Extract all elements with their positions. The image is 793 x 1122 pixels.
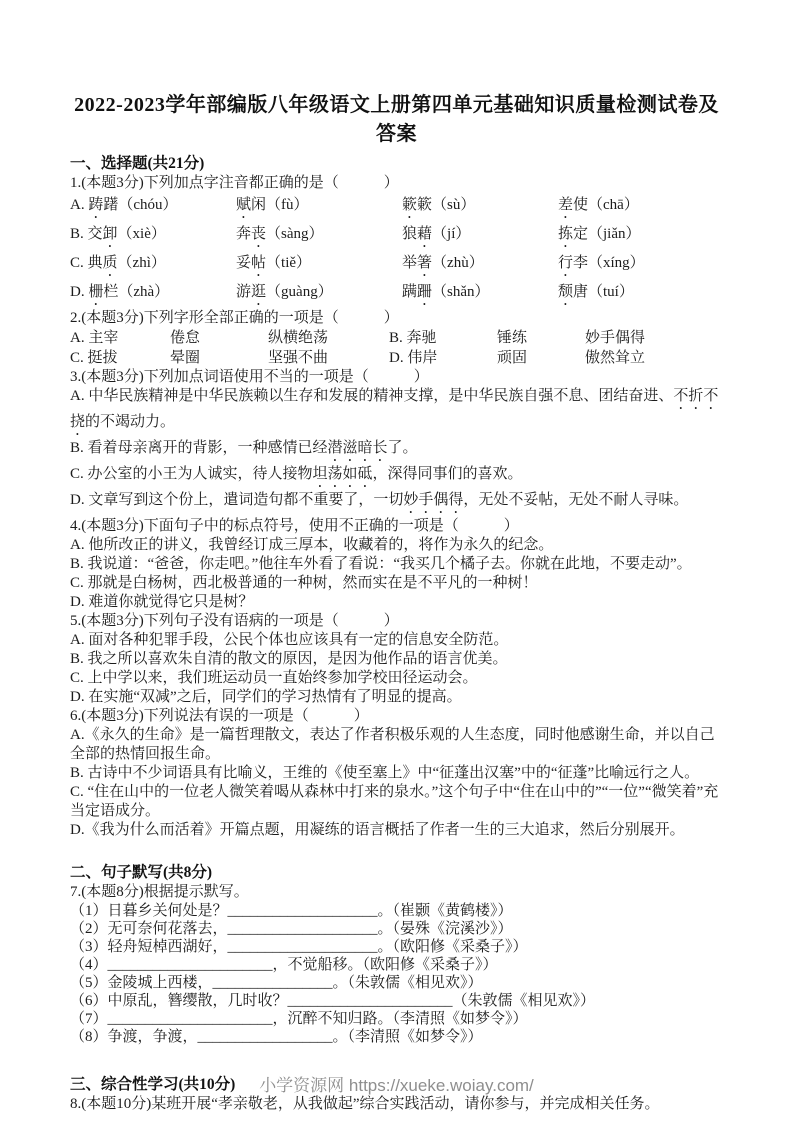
q7-item-7: （7）______________________，沉醉不知归路。（李清照《如梦… — [70, 1010, 723, 1028]
q4-option-c: C. 那就是白杨树，西北极普通的一种树，然而实在是不平凡的一种树！ — [70, 574, 723, 593]
section-2-heading: 二、句子默写(共8分) — [70, 862, 723, 883]
emphasized-char: 逛 — [251, 284, 266, 300]
q4-option-d: D. 难道你就觉得它只是树？ — [70, 593, 723, 612]
emphasized-char: 帖 — [251, 255, 266, 271]
watermark-footer: 小学资源网 https://xueke.woiay.com/ — [0, 1071, 793, 1096]
q2-word: 傲然耸立 — [585, 348, 723, 368]
text-segment: 的不竭动力。 — [85, 414, 175, 430]
q1-option-c1: C. 典质（zhì） — [70, 251, 236, 280]
q1-option-row-b: B. 交卸（xiè） 奔丧（sàng） 狼藉（jí） 拣定（jiǎn） — [70, 222, 723, 251]
text-segment: B. 看着母亲离开的背影，一种感情已经 — [70, 440, 328, 456]
q2-word: B. 奔驰 — [389, 328, 497, 348]
q2-word: 顽固 — [497, 348, 585, 368]
q5-option-a: A. 面对各种犯罪手段，公民个体也应该具有一定的信息安全防范。 — [70, 631, 723, 650]
q1-option-b2: 奔丧（sàng） — [236, 222, 402, 251]
q6-stem: 6.(本题3分)下列说法有误的一项是（ ） — [70, 707, 723, 726]
q1-option-a1: A. 踌躇（chóu） — [70, 193, 236, 222]
q4-stem: 4.(本题3分)下面句子中的标点符号，使用不正确的一项是（ ） — [70, 517, 723, 536]
q1-option-b4: 拣定（jiǎn） — [558, 222, 723, 251]
q7-item-3: （3）轻舟短棹西湖好，____________________。（欧阳修《采桑子… — [70, 938, 723, 956]
q5-option-b: B. 我之所以喜欢朱自清的散文的原因，是因为他作品的语言优美。 — [70, 650, 723, 669]
q2-word: D. 伟岸 — [389, 348, 497, 368]
q1-option-d2: 游逛（guàng） — [236, 280, 402, 309]
text-segment: ，无处不妥帖，无处不耐人寻味。 — [463, 492, 688, 508]
text-segment: 栏（zhà） — [103, 284, 169, 300]
q6-option-c: C. “住在山中的一位老人微笑着喝从森林中打来的泉水。”这个句子中“住在山中的”… — [70, 783, 723, 821]
text-segment: （jí） — [432, 226, 470, 242]
emphasized-word: 坦荡如砥 — [313, 466, 373, 482]
q5-option-c: C. 上中学以来，我们班运动员一直始终参加学校田径运动会。 — [70, 669, 723, 688]
q1-option-c3: 举箸（zhù） — [402, 251, 558, 280]
text-segment: 奔 — [236, 226, 251, 242]
q7-item-6: （6）中原乱，簪缨散，几时收？______________________（朱敦… — [70, 992, 723, 1010]
emphasized-char: 差 — [558, 197, 573, 213]
emphasized-char: 踌 — [88, 197, 103, 213]
text-segment: 举 — [402, 255, 417, 271]
text-segment: （sàng） — [266, 226, 324, 242]
text-segment: D. — [70, 284, 88, 300]
q7-stem: 7.(本题8分)根据提示默写。 — [70, 883, 723, 902]
text-segment: （zhù） — [432, 255, 484, 271]
q5-option-d: D. 在实施“双减”之后，同学们的学习热情有了明显的提高。 — [70, 688, 723, 707]
text-segment: 游 — [236, 284, 251, 300]
text-segment: A. 中华民族精神是中华民族赖以生存和发展的精神支撑，是中华民族自强不息、团结奋… — [70, 388, 673, 404]
text-segment: 李（xíng） — [573, 255, 645, 271]
text-segment: （guàng） — [266, 284, 333, 300]
q2-word: 坚强不曲 — [268, 348, 389, 368]
q1-option-row-c: C. 典质（zhì） 妥帖（tiě） 举箸（zhù） 行李（xíng） — [70, 251, 723, 280]
text-segment: A. — [70, 197, 88, 213]
q7-item-1: （1）日暮乡关何处是？____________________。（崔颢《黄鹤楼》… — [70, 902, 723, 920]
emphasized-char: 丧 — [251, 226, 266, 242]
q1-option-d3: 蹒跚（shǎn） — [402, 280, 558, 309]
q1-option-b1: B. 交卸（xiè） — [70, 222, 236, 251]
q1-option-a3: 簌簌（sù） — [402, 193, 558, 222]
q8-stem: 8.(本题10分)某班开展“孝亲敬老，从我做起”综合实践活动，请你参与，并完成相… — [70, 1095, 723, 1114]
q1-option-c4: 行李（xíng） — [558, 251, 723, 280]
q6-option-b: B. 古诗中不少词语具有比喻义，王维的《使至塞上》中“征蓬出汉塞”中的“征蓬”比… — [70, 764, 723, 783]
text-segment: 狼 — [402, 226, 417, 242]
q1-option-row-a: A. 踌躇（chóu） 赋闲（fù） 簌簌（sù） 差使（chā） — [70, 193, 723, 222]
q4-option-a: A. 他所改正的讲义，我曾经订成三厚本，收藏着的，将作为永久的纪念。 — [70, 536, 723, 555]
text-segment: 唐（tuí） — [573, 284, 634, 300]
emphasized-char: 行 — [558, 255, 573, 271]
text-segment: C. 典 — [70, 255, 103, 271]
emphasized-char: 藉 — [417, 226, 432, 242]
q6-option-a: A.《永久的生命》是一篇哲理散文，表达了作者积极乐观的人生态度，同时他感谢生命，… — [70, 726, 723, 764]
text-segment: 定（jiǎn） — [573, 226, 641, 242]
q3-option-b: B. 看着母亲离开的背影，一种感情已经潜滋暗长了。 — [70, 439, 723, 465]
emphasized-char: 箸 — [417, 255, 432, 271]
text-segment: 躇（chóu） — [103, 197, 177, 213]
q7-item-8: （8）争渡，争渡，__________________。（李清照《如梦令》） — [70, 1028, 723, 1046]
q2-word: C. 挺拔 — [70, 348, 170, 368]
text-segment: （xiè） — [118, 226, 166, 242]
q7-item-2: （2）无可奈何花落去，____________________。（晏殊《浣溪沙》… — [70, 920, 723, 938]
q7-item-4: （4）______________________，不觉船移。（欧阳修《采桑子》… — [70, 956, 723, 974]
q1-option-d1: D. 栅栏（zhà） — [70, 280, 236, 309]
text-segment: 闲（fù） — [251, 197, 309, 213]
emphasized-char: 簌 — [402, 197, 417, 213]
emphasized-char: 质 — [103, 255, 118, 271]
text-segment: 簌（sù） — [417, 197, 475, 213]
q2-word: 晕圈 — [170, 348, 268, 368]
q4-option-b: B. 我说道：“爸爸，你走吧。”他往车外看了看说：“我买几个橘子去。你就在此地，… — [70, 555, 723, 574]
emphasized-char: 拣 — [558, 226, 573, 242]
q1-option-c2: 妥帖（tiě） — [236, 251, 402, 280]
text-segment: 蹒 — [402, 284, 417, 300]
q1-option-d4: 颓唐（tuí） — [558, 280, 723, 309]
q7-item-5: （5）金陵城上西楼，________________。（朱敦儒《相见欢》） — [70, 974, 723, 992]
text-segment: B. 交 — [70, 226, 103, 242]
emphasized-char: 跚 — [417, 284, 432, 300]
text-segment: （tiě） — [266, 255, 311, 271]
section-1-heading: 一、选择题(共21分) — [70, 153, 723, 174]
q2-word: 倦怠 — [170, 328, 268, 348]
emphasized-word: 潜滋暗长 — [328, 440, 388, 456]
q2-option-row-cd: C. 挺拔 晕圈 坚强不曲 D. 伟岸 顽固 傲然耸立 — [70, 348, 723, 368]
emphasized-char: 颓 — [558, 284, 573, 300]
q2-word: 纵横绝荡 — [268, 328, 389, 348]
text-segment: 妥 — [236, 255, 251, 271]
q1-option-row-d: D. 栅栏（zhà） 游逛（guàng） 蹒跚（shǎn） 颓唐（tuí） — [70, 280, 723, 309]
q3-stem: 3.(本题3分)下列加点词语使用不当的一项是（ ） — [70, 368, 723, 387]
q1-option-a2: 赋闲（fù） — [236, 193, 402, 222]
text-segment: （zhì） — [118, 255, 166, 271]
text-segment: C. 办公室的小王为人诚实，待人接物 — [70, 466, 313, 482]
q6-option-d: D.《我为什么而活着》开篇点题，用凝练的语言概括了作者一生的三大追求，然后分别展… — [70, 821, 723, 840]
q2-option-row-ab: A. 主宰 倦怠 纵横绝荡 B. 奔驰 锤练 妙手偶得 — [70, 328, 723, 348]
q2-word: 妙手偶得 — [585, 328, 723, 348]
q1-option-b3: 狼藉（jí） — [402, 222, 558, 251]
page-title: 2022-2023学年部编版八年级语文上册第四单元基础知识质量检测试卷及答案 — [70, 91, 723, 149]
emphasized-char: 栅 — [88, 284, 103, 300]
emphasized-char: 赋 — [236, 197, 251, 213]
text-segment: 使（chā） — [573, 197, 639, 213]
emphasized-char: 卸 — [103, 226, 118, 242]
q1-stem: 1.(本题3分)下列加点字注音都正确的是（ ） — [70, 174, 723, 193]
q3-option-c: C. 办公室的小王为人诚实，待人接物坦荡如砥，深得同事们的喜欢。 — [70, 465, 723, 491]
q1-option-a4: 差使（chā） — [558, 193, 723, 222]
text-segment: 了。 — [388, 440, 418, 456]
text-segment: ，深得同事们的喜欢。 — [373, 466, 523, 482]
q5-stem: 5.(本题3分)下列句子没有语病的一项是（ ） — [70, 612, 723, 631]
exam-paper: 2022-2023学年部编版八年级语文上册第四单元基础知识质量检测试卷及答案 一… — [0, 0, 793, 1114]
q3-option-a: A. 中华民族精神是中华民族赖以生存和发展的精神支撑，是中华民族自强不息、团结奋… — [70, 387, 723, 439]
q2-word: A. 主宰 — [70, 328, 170, 348]
q2-stem: 2.(本题3分)下列字形全部正确的一项是（ ） — [70, 309, 723, 328]
q2-word: 锤练 — [497, 328, 585, 348]
text-segment: D. 文章写到这个份上，遣词造句都不重要了，一切 — [70, 492, 403, 508]
q3-option-d: D. 文章写到这个份上，遣词造句都不重要了，一切妙手偶得，无处不妥帖，无处不耐人… — [70, 491, 723, 517]
emphasized-word: 妙手偶得 — [403, 492, 463, 508]
text-segment: （shǎn） — [432, 284, 490, 300]
